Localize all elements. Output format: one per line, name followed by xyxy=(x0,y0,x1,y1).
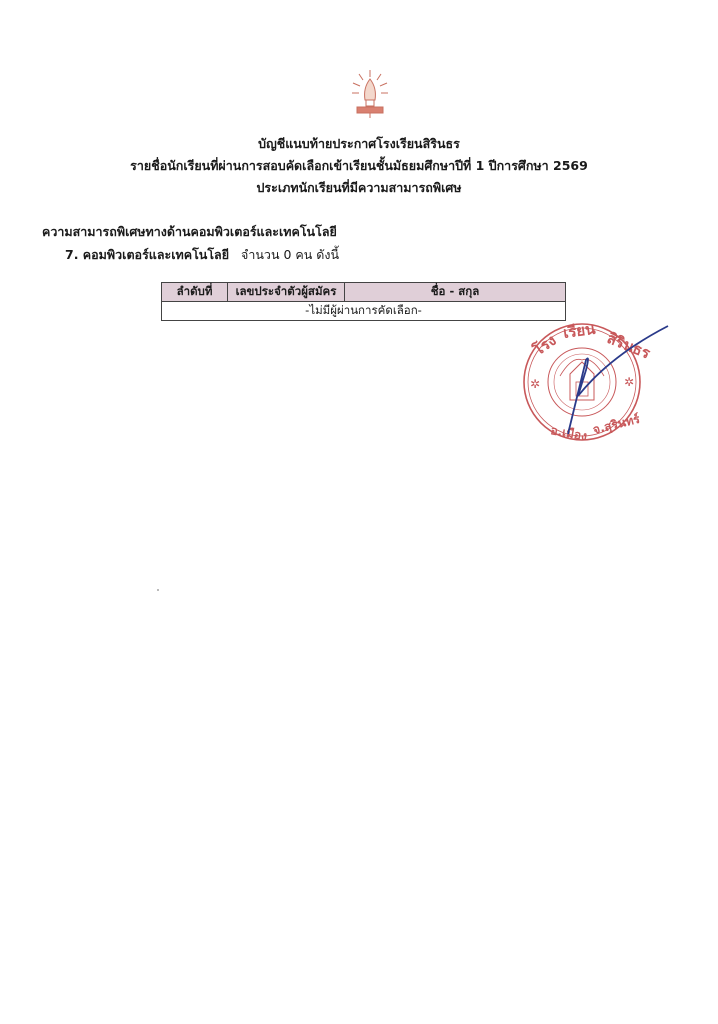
svg-text:จ.สุรินทร์: จ.สุรินทร์ xyxy=(591,412,642,438)
svg-text:โรง: โรง xyxy=(529,330,560,360)
column-header-order: ลำดับที่ xyxy=(162,283,228,302)
document-title: บัญชีแนบท้ายประกาศโรงเรียนสิรินธร xyxy=(0,134,718,154)
scan-speck xyxy=(157,589,159,591)
column-header-applicant-id: เลขประจำตัวผู้สมัคร xyxy=(228,283,345,302)
table-header-row: ลำดับที่ เลขประจำตัวผู้สมัคร ชื่อ - สกุล xyxy=(162,283,566,302)
category-label: 7. คอมพิวเตอร์และเทคโนโลยี xyxy=(65,247,229,262)
section-title: ความสามารถพิเศษทางด้านคอมพิวเตอร์และเทคโ… xyxy=(42,222,337,242)
category-count: จำนวน 0 คน ดังนี้ xyxy=(241,247,339,262)
document-category: ประเภทนักเรียนที่มีความสามารถพิเศษ xyxy=(0,178,718,198)
column-header-name: ชื่อ - สกุล xyxy=(345,283,566,302)
table-row: -ไม่มีผู้ผ่านการคัดเลือก- xyxy=(162,302,566,321)
school-seal-stamp-icon: โรง เรียน สิรินธร อ.เมือง จ.สุรินทร์ ✲ ✲ xyxy=(520,316,670,446)
category-line: 7. คอมพิวเตอร์และเทคโนโลยี จำนวน 0 คน ดั… xyxy=(65,245,339,265)
school-emblem-icon xyxy=(350,68,390,120)
svg-text:✲: ✲ xyxy=(530,377,540,391)
result-table: ลำดับที่ เลขประจำตัวผู้สมัคร ชื่อ - สกุล… xyxy=(161,282,566,321)
svg-text:เรียน: เรียน xyxy=(562,320,597,342)
empty-message: -ไม่มีผู้ผ่านการคัดเลือก- xyxy=(162,302,566,321)
svg-text:✲: ✲ xyxy=(624,375,634,389)
svg-text:สิรินธร: สิรินธร xyxy=(605,329,654,363)
document-subtitle: รายชื่อนักเรียนที่ผ่านการสอบคัดเลือกเข้า… xyxy=(0,156,718,176)
